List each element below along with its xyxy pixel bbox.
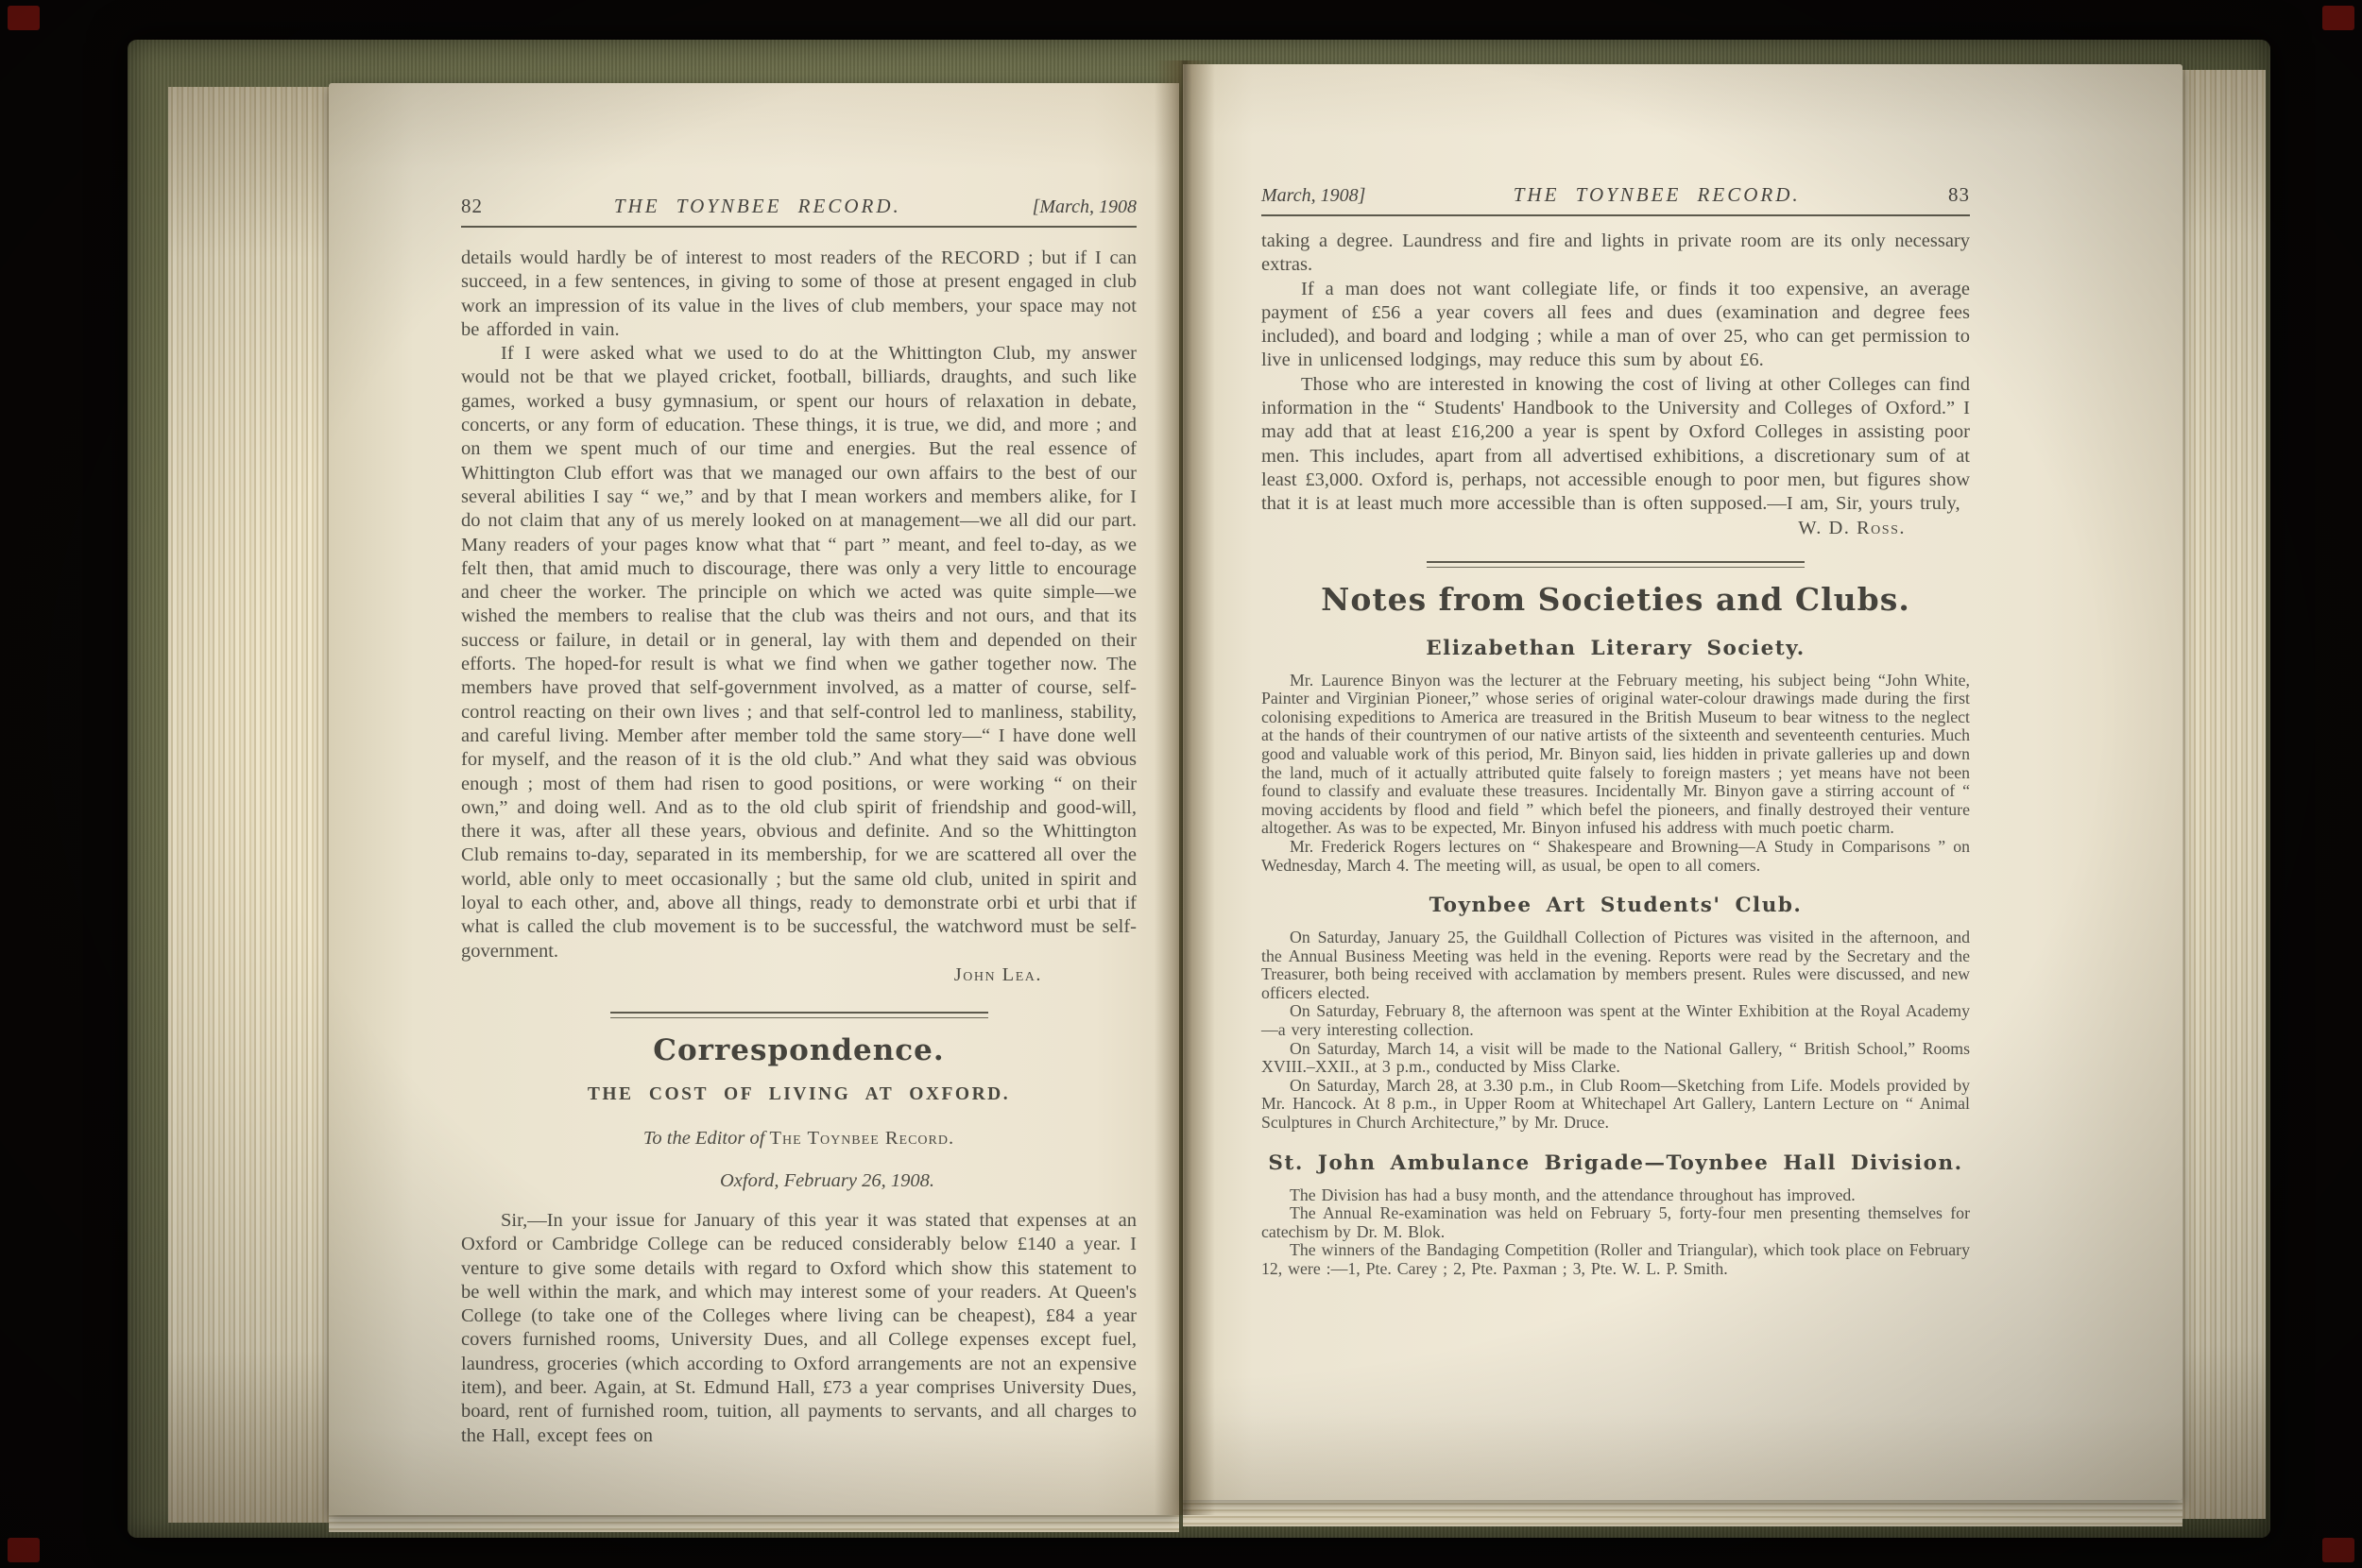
letter-paragraph: taking a degree. Laundress and fire and … <box>1261 230 1970 278</box>
right-page: March, 1908] THE TOYNBEE RECORD. 83 taki… <box>1183 64 2182 1500</box>
letter-conclusion: taking a degree. Laundress and fire and … <box>1261 230 1970 517</box>
society-paragraph: Mr. Frederick Rogers lectures on “ Shake… <box>1261 838 1970 875</box>
letter-paragraph: If a man does not want collegiate life, … <box>1261 278 1970 373</box>
letter-paragraph: Those who are interested in knowing the … <box>1261 373 1970 517</box>
page-edges-left <box>168 87 331 1523</box>
society-paragraph: On Saturday, January 25, the Guildhall C… <box>1261 929 1970 1002</box>
page-edges-bottom-right <box>1183 1498 2182 1526</box>
letter-salutation: To the Editor of The Toynbee Record. <box>461 1128 1137 1150</box>
society-body-ambulance: The Division has had a busy month, and t… <box>1261 1186 1970 1279</box>
society-paragraph: The Division has had a busy month, and t… <box>1261 1186 1970 1205</box>
societies-section-title: Notes from Societies and Clubs. <box>1261 581 1970 618</box>
society-paragraph: On Saturday, March 28, at 3.30 p.m., in … <box>1261 1077 1970 1133</box>
society-body-elizabethan: Mr. Laurence Binyon was the lecturer at … <box>1261 672 1970 876</box>
society-paragraph: Mr. Laurence Binyon was the lecturer at … <box>1261 672 1970 838</box>
correspondence-title: Correspondence. <box>461 1033 1137 1067</box>
right-journal-title: THE TOYNBEE RECORD. <box>1514 183 1801 207</box>
salutation-prefix: To the Editor of <box>643 1128 770 1149</box>
left-page-number: 82 <box>461 195 483 218</box>
right-issue-date: March, 1908] <box>1261 185 1365 207</box>
corner-marker-top-left <box>8 6 40 30</box>
society-paragraph: On Saturday, February 8, the afternoon w… <box>1261 1002 1970 1039</box>
society-heading-art-club: Toynbee Art Students' Club. <box>1261 894 1970 917</box>
article-paragraph: details would hardly be of interest to m… <box>461 247 1137 342</box>
society-paragraph: The winners of the Bandaging Competition… <box>1261 1241 1970 1278</box>
article-paragraph: If I were asked what we used to do at th… <box>461 342 1137 963</box>
society-paragraph: On Saturday, March 14, a visit will be m… <box>1261 1040 1970 1077</box>
letter-title: THE COST OF LIVING AT OXFORD. <box>461 1084 1137 1105</box>
left-journal-title: THE TOYNBEE RECORD. <box>614 195 901 218</box>
left-issue-date: [March, 1908 <box>1033 196 1137 218</box>
society-heading-ambulance: St. John Ambulance Brigade—Toynbee Hall … <box>1261 1151 1970 1175</box>
article-signature: John Lea. <box>461 963 1137 987</box>
salutation-journal: The Toynbee Record. <box>770 1128 955 1149</box>
left-running-head: 82 THE TOYNBEE RECORD. [March, 1908 <box>461 195 1137 218</box>
right-running-head: March, 1908] THE TOYNBEE RECORD. 83 <box>1261 183 1970 207</box>
right-head-rule <box>1261 214 1970 216</box>
corner-marker-top-right <box>2322 6 2354 30</box>
page-edges-right <box>2181 70 2266 1519</box>
society-paragraph: The Annual Re-examination was held on Fe… <box>1261 1204 1970 1241</box>
letter-dateline: Oxford, February 26, 1908. <box>518 1170 1137 1192</box>
article-continuation: details would hardly be of interest to m… <box>461 247 1137 963</box>
left-page: 82 THE TOYNBEE RECORD. [March, 1908 deta… <box>329 83 1179 1515</box>
corner-marker-bottom-right <box>2322 1538 2354 1562</box>
letter-body: Sir,—In your issue for January of this y… <box>461 1209 1137 1448</box>
letter-paragraph: Sir,—In your issue for January of this y… <box>461 1209 1137 1448</box>
section-divider <box>1427 561 1805 568</box>
corner-marker-bottom-left <box>8 1538 40 1562</box>
left-head-rule <box>461 226 1137 228</box>
section-divider <box>610 1012 988 1018</box>
letter-signature: W. D. Ross. <box>1261 517 1970 540</box>
right-page-number: 83 <box>1948 183 1970 207</box>
society-heading-elizabethan: Elizabethan Literary Society. <box>1261 637 1970 660</box>
society-body-art-club: On Saturday, January 25, the Guildhall C… <box>1261 929 1970 1133</box>
book-photograph: 82 THE TOYNBEE RECORD. [March, 1908 deta… <box>0 0 2362 1568</box>
